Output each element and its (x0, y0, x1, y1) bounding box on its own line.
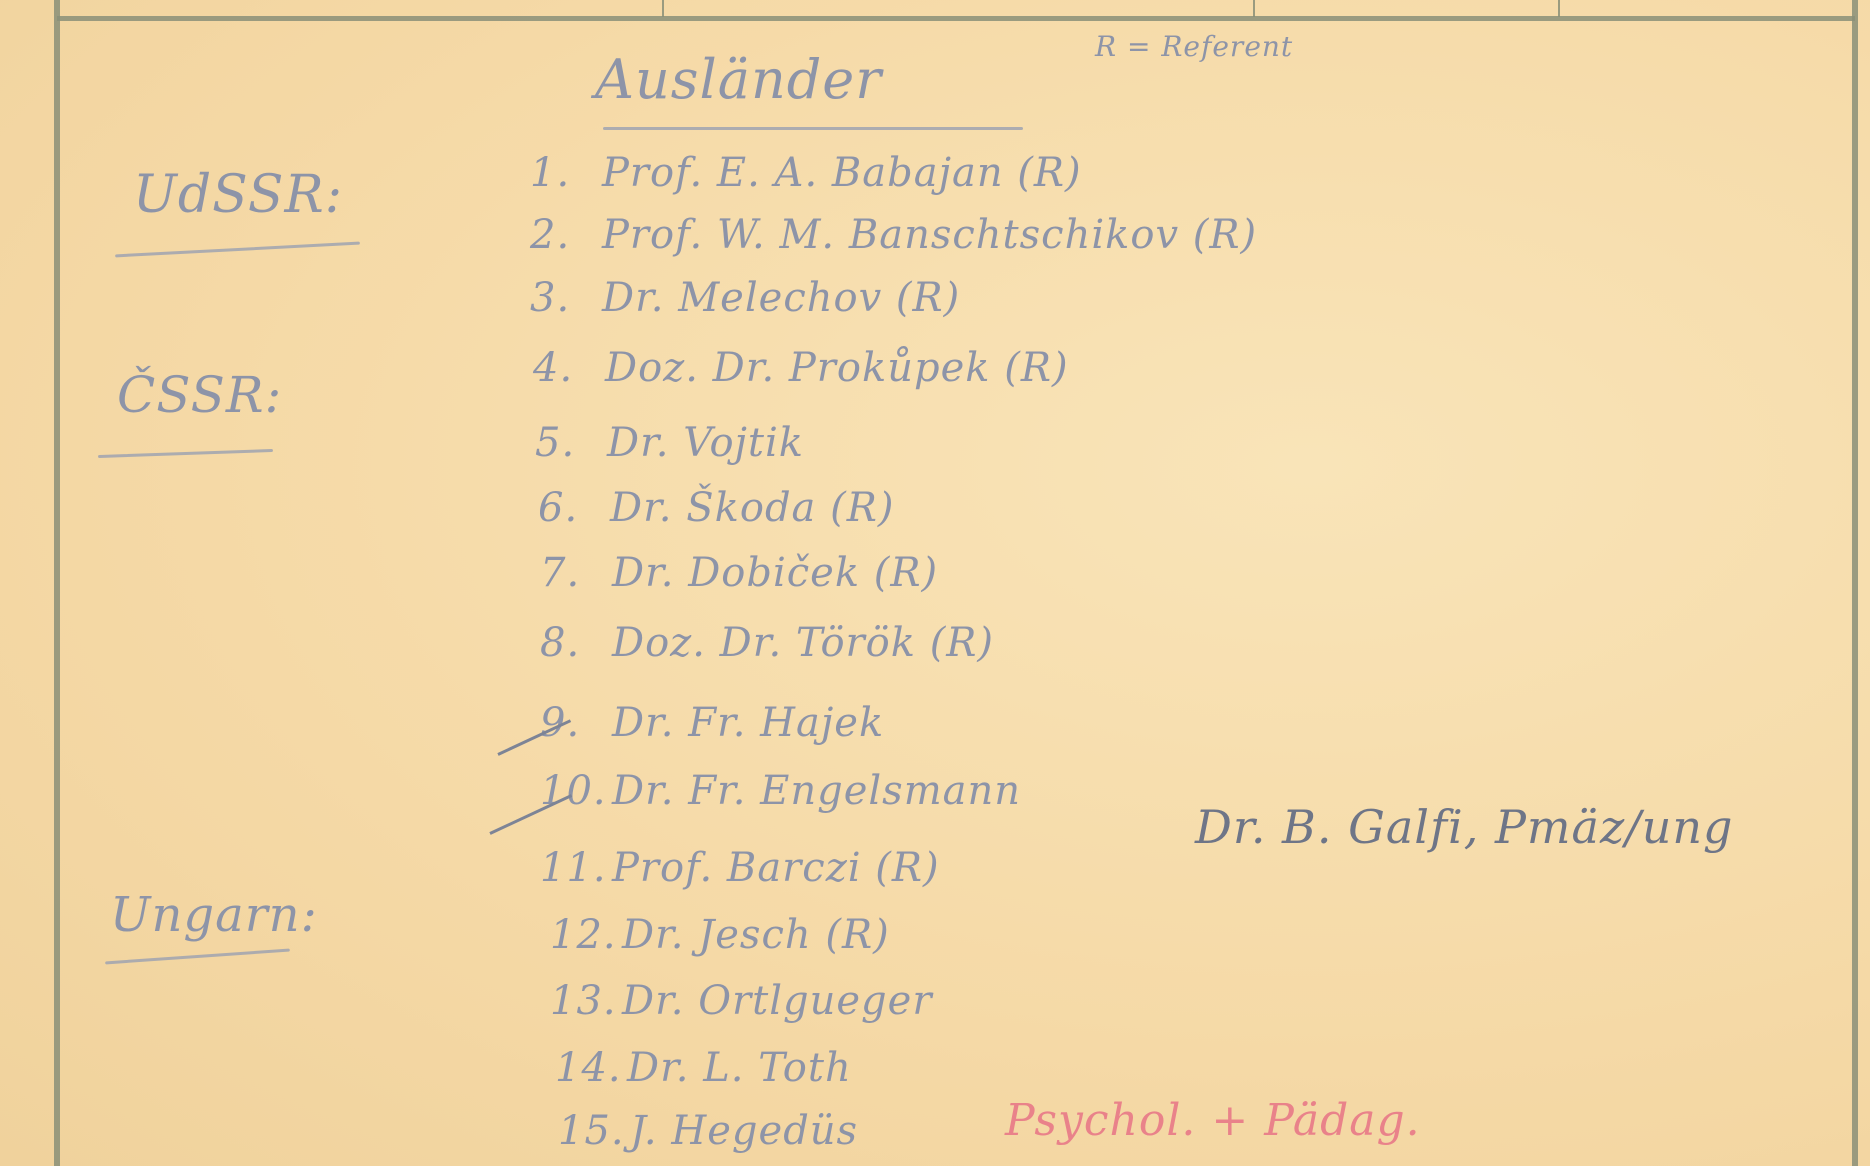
list-item: 11.Prof. Barczi (R) (540, 845, 940, 891)
legend: R = Referent (1095, 30, 1293, 63)
strikethrough-mark (489, 794, 572, 835)
list-item: 1.Prof. E. A. Babajan (R) (530, 150, 1082, 196)
list-item-struck: 10.Dr. Fr. Engelsmann (540, 768, 1021, 814)
side-note: Dr. B. Galfi, Pmäz/ung (1195, 800, 1733, 854)
column-separator (1253, 0, 1255, 17)
list-item: 2.Prof. W. M. Banschtschikov (R) (530, 212, 1257, 258)
group-underline (115, 242, 360, 258)
red-annotation: Psychol. + Pädag. (1005, 1095, 1421, 1146)
column-separator (662, 0, 664, 17)
list-item: 15.J. Hegedüs (558, 1108, 858, 1154)
group-underline (98, 449, 273, 458)
frame-right-border (1852, 0, 1858, 1166)
group-underline (105, 949, 290, 965)
group-label-cssr: ČSSR: (117, 366, 282, 424)
list-item: 7.Dr. Dobiček (R) (540, 550, 938, 596)
group-label-udssr: UdSSR: (133, 165, 343, 225)
list-item: 13.Dr. Ortlgueger (550, 978, 932, 1024)
list-item: 5.Dr. Vojtik (535, 420, 804, 466)
heading-underline (603, 127, 1023, 130)
list-item: 12.Dr. Jesch (R) (550, 912, 890, 958)
list-item: 8.Doz. Dr. Török (R) (540, 620, 994, 666)
heading: Ausländer (595, 48, 882, 111)
list-item: 4.Doz. Dr. Prokůpek (R) (533, 345, 1069, 391)
list-item: 6.Dr. Škoda (R) (538, 485, 894, 531)
frame-top-rule (57, 16, 1855, 21)
list-item: 14.Dr. L. Toth (555, 1045, 852, 1091)
list-item: 3.Dr. Melechov (R) (530, 275, 960, 321)
frame-left-border (54, 0, 60, 1166)
group-label-ungarn: Ungarn: (110, 887, 318, 943)
column-separator (1558, 0, 1560, 17)
list-item-struck: 9.Dr. Fr. Hajek (540, 700, 884, 746)
